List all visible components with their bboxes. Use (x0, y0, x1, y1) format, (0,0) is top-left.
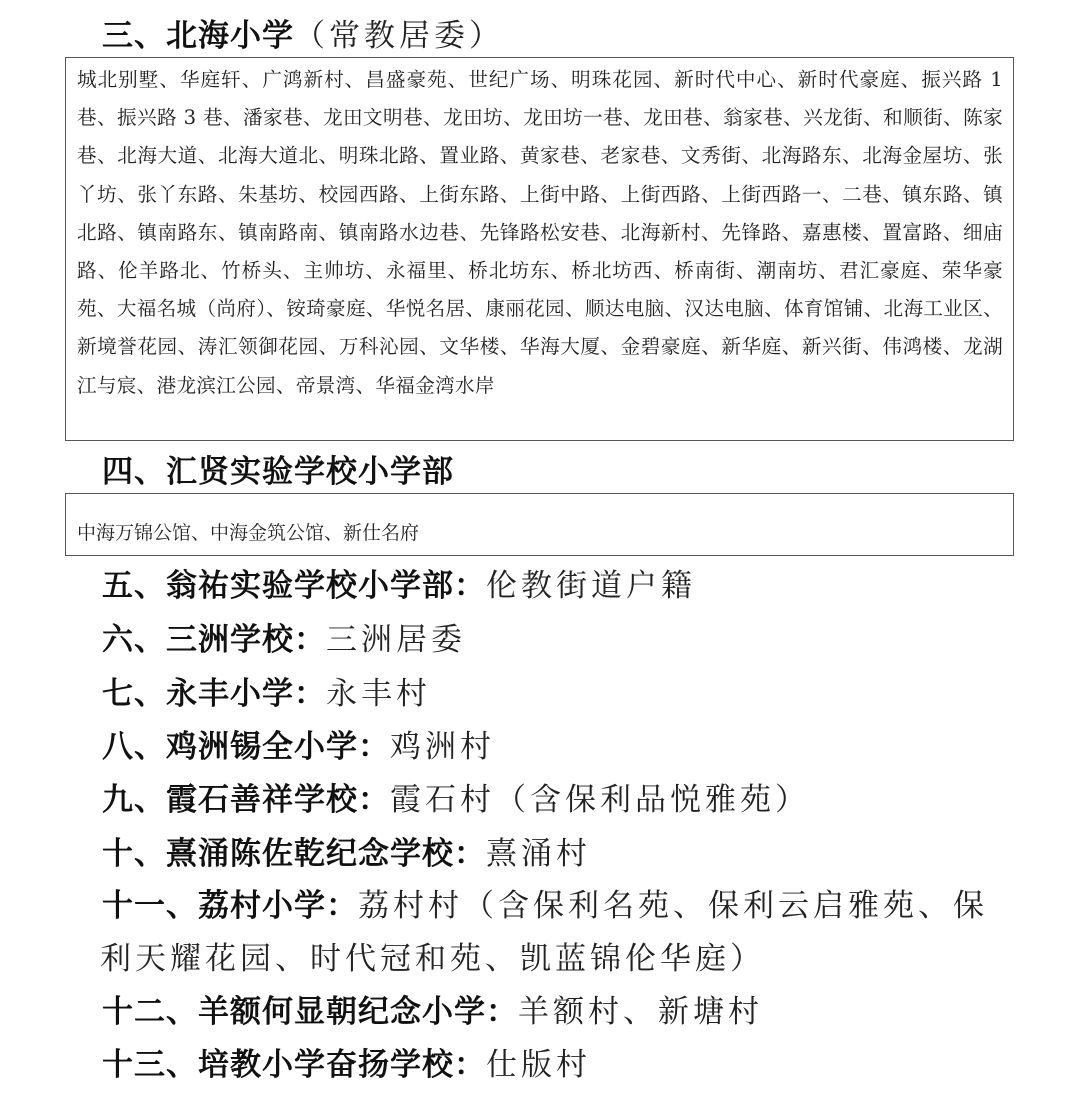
school-item-11-continuation: 利天耀花园、时代冠和苑、凯蓝锦伦华庭） (100, 939, 765, 979)
school-name: 十、熹涌陈佐乾纪念学校： (102, 836, 486, 872)
school-name: 七、永丰小学： (102, 676, 326, 712)
school-name: 九、霞石善祥学校： (102, 782, 390, 818)
school-area: 永丰村 (326, 676, 431, 712)
section-4-area-list: 中海万锦公馆、中海金筑公馆、新仕名府 (77, 518, 419, 545)
school-area: 荔村村（含保利名苑、保利云启雅苑、保 (358, 888, 988, 924)
school-name: 六、三洲学校： (102, 622, 326, 658)
school-item-10: 十、熹涌陈佐乾纪念学校：熹涌村 (102, 834, 591, 874)
school-item-11: 十一、荔村小学：荔村村（含保利名苑、保利云启雅苑、保 (102, 886, 988, 926)
section-4-heading: 四、汇贤实验学校小学部 (102, 452, 454, 492)
school-item-8: 八、鸡洲锡全小学：鸡洲村 (102, 727, 495, 767)
school-item-12: 十二、羊额何显朝纪念小学：羊额村、新塘村 (102, 992, 763, 1032)
school-item-13: 十三、培教小学奋扬学校：仕版村 (102, 1045, 591, 1085)
section-3-heading: 三、北海小学（常教居委） (102, 16, 504, 56)
section-4-area-box: 中海万锦公馆、中海金筑公馆、新仕名府 (65, 493, 1014, 556)
school-item-7: 七、永丰小学：永丰村 (102, 674, 431, 714)
school-area: 羊额村、新塘村 (518, 994, 763, 1030)
school-area: 伦教街道户籍 (486, 568, 696, 604)
school-name: 八、鸡洲锡全小学： (102, 729, 390, 765)
school-name: 五、翁祐实验学校小学部： (102, 568, 486, 604)
school-item-9: 九、霞石善祥学校：霞石村（含保利品悦雅苑） (102, 780, 810, 820)
school-name: 十三、培教小学奋扬学校： (102, 1047, 486, 1083)
school-area: 霞石村（含保利品悦雅苑） (390, 782, 810, 818)
section-3-title: 三、北海小学 (102, 18, 294, 54)
school-area: 三洲居委 (326, 622, 466, 658)
school-item-6: 六、三洲学校：三洲居委 (102, 620, 466, 660)
school-area: 熹涌村 (486, 836, 591, 872)
school-item-5: 五、翁祐实验学校小学部：伦教街道户籍 (102, 566, 696, 606)
school-area: 仕版村 (486, 1047, 591, 1083)
school-area: 鸡洲村 (390, 729, 495, 765)
section-3-area-box: 城北别墅、华庭轩、广鸿新村、昌盛豪苑、世纪广场、明珠花园、新时代中心、新时代豪庭… (65, 57, 1014, 441)
section-3-subtitle: （常教居委） (294, 18, 504, 54)
section-3-area-list: 城北别墅、华庭轩、广鸿新村、昌盛豪苑、世纪广场、明珠花园、新时代中心、新时代豪庭… (66, 58, 1013, 405)
school-name: 十二、羊额何显朝纪念小学： (102, 994, 518, 1030)
section-4-title: 四、汇贤实验学校小学部 (102, 454, 454, 490)
school-name: 十一、荔村小学： (102, 888, 358, 924)
